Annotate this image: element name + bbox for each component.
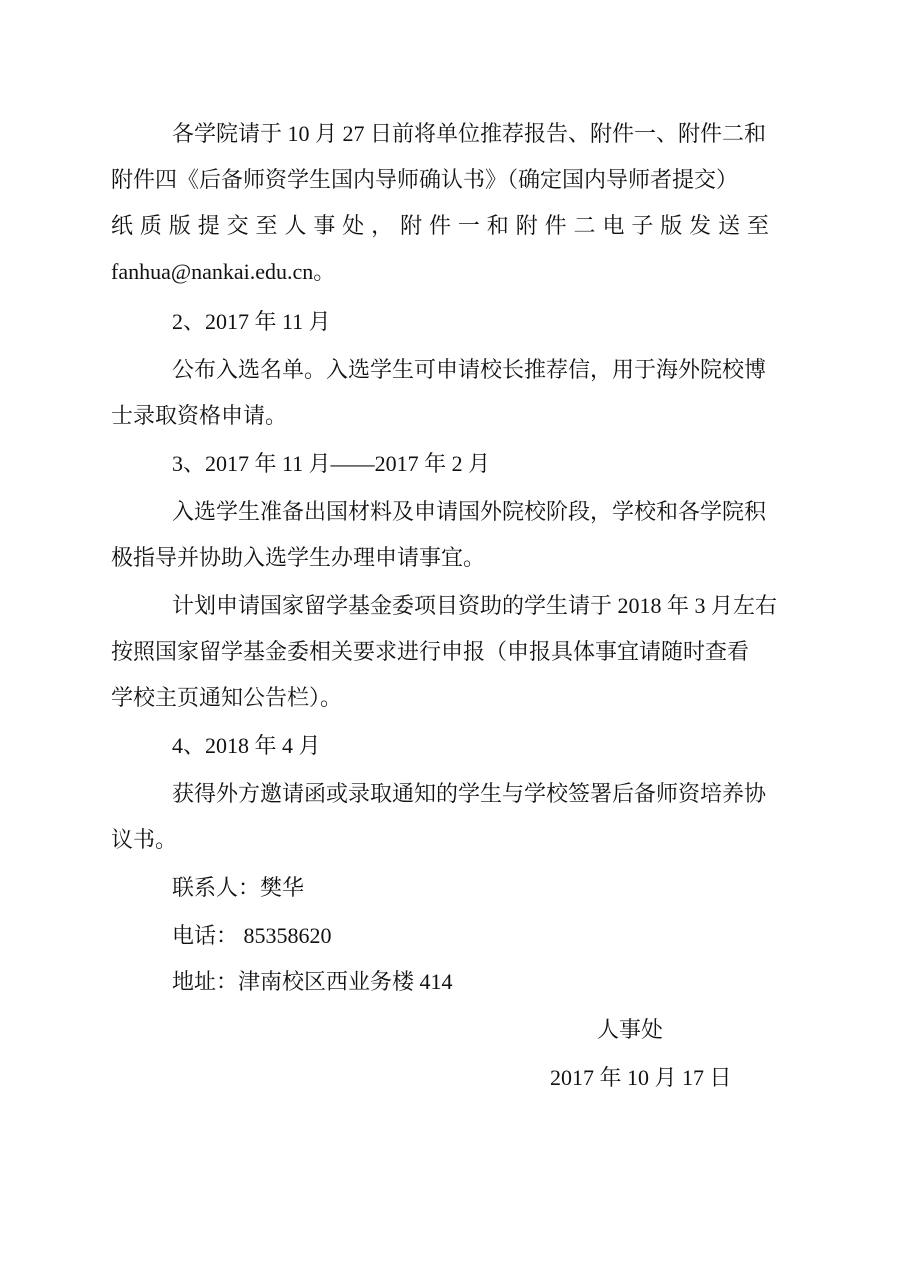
signature-department: 人事处 [597, 1017, 663, 1043]
email-address: fanhua@nankai.edu.cn。 [111, 259, 335, 285]
step-2-heading: 2、2017 年 11 月 [172, 309, 331, 335]
contact-address: 地址：津南校区西业务楼 414 [172, 969, 453, 995]
paragraph-line: 学校主页通知公告栏）。 [111, 685, 342, 711]
paragraph-line: 入选学生准备出国材料及申请国外院校阶段，学校和各学院积 [172, 499, 766, 525]
step-3-heading: 3、2017 年 11 月——2017 年 2 月 [172, 451, 490, 477]
paragraph-line: 议书。 [111, 827, 177, 853]
signature-date: 2017 年 10 月 17 日 [550, 1065, 732, 1091]
paragraph-line: 附件四《后备师资学生国内导师确认书》（确定国内导师者提交） [111, 167, 738, 193]
contact-phone: 电话： 85358620 [172, 923, 332, 949]
step-4-heading: 4、2018 年 4 月 [172, 733, 321, 759]
contact-person: 联系人：樊华 [172, 875, 304, 901]
paragraph-line: 纸质版提交至人事处，附件一和附件二电子版发送至 [111, 213, 769, 239]
document-page: 各学院请于 10 月 27 日前将单位推荐报告、附件一、附件二和 附件四《后备师… [0, 0, 899, 1272]
paragraph-line: 士录取资格申请。 [111, 403, 287, 429]
paragraph-line: 各学院请于 10 月 27 日前将单位推荐报告、附件一、附件二和 [172, 121, 766, 147]
paragraph-line: 公布入选名单。入选学生可申请校长推荐信，用于海外院校博 [172, 357, 766, 383]
paragraph-line: 计划申请国家留学基金委项目资助的学生请于 2018 年 3 月左右 [172, 593, 777, 619]
paragraph-line: 获得外方邀请函或录取通知的学生与学校签署后备师资培养协 [172, 781, 766, 807]
paragraph-line: 按照国家留学基金委相关要求进行申报（申报具体事宜请随时查看 [111, 639, 749, 665]
paragraph-line: 极指导并协助入选学生办理申请事宜。 [111, 545, 485, 571]
